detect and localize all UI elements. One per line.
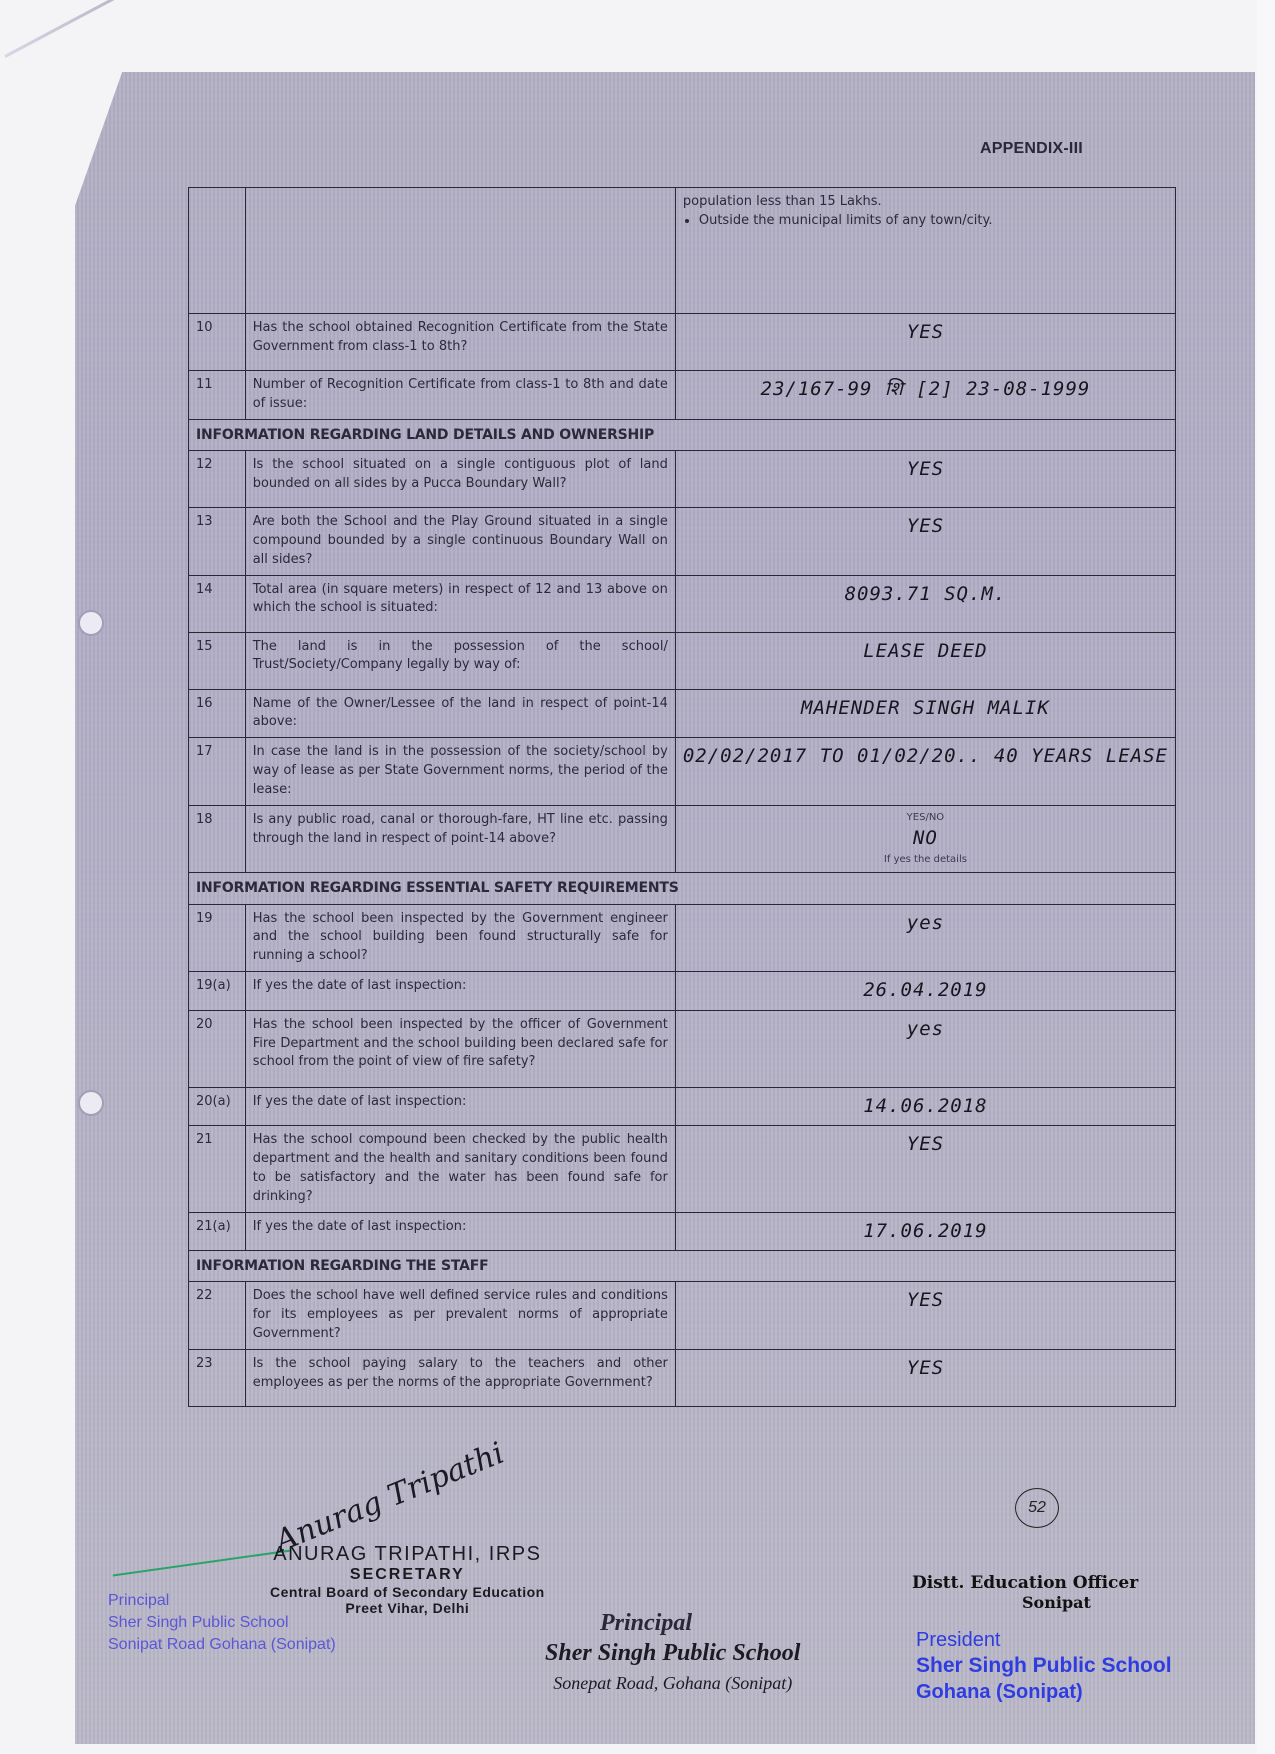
section-header-row: INFORMATION REGARDING THE STAFF xyxy=(189,1251,1176,1282)
table-row: 23Is the school paying salary to the tea… xyxy=(189,1349,1176,1406)
answer-hint-top: YES/NO xyxy=(683,811,1168,826)
handwritten-answer: 23/167-99 शि [2] 23-08-1999 xyxy=(761,378,1091,400)
answer-cell: MAHENDER SINGH MALIK xyxy=(675,689,1175,738)
handwritten-answer: yes xyxy=(907,1018,944,1040)
handwritten-answer: YES xyxy=(907,458,944,480)
row-number: 22 xyxy=(189,1282,246,1350)
question-text: Is the school paying salary to the teach… xyxy=(245,1349,675,1406)
secretary-title: SECRETARY xyxy=(270,1566,545,1584)
table-row: 17In case the land is in the possession … xyxy=(189,738,1176,806)
table-row: 18Is any public road, canal or thorough-… xyxy=(189,805,1176,873)
row-number: 15 xyxy=(189,632,246,689)
handwritten-answer: 02/02/2017 TO 01/02/20.. 40 YEARS LEASE xyxy=(683,745,1168,767)
secretary-stamp: ANURAG TRIPATHI, IRPS SECRETARY Central … xyxy=(270,1543,545,1616)
table-row: 19Has the school been inspected by the G… xyxy=(189,904,1176,972)
deo-place: Sonipat xyxy=(912,1593,1138,1612)
secretary-address: Preet Vihar, Delhi xyxy=(270,1600,545,1616)
secretary-org: Central Board of Secondary Education xyxy=(270,1584,545,1600)
question-text: Has the school been inspected by the off… xyxy=(245,1010,675,1087)
row-number: 18 xyxy=(189,805,246,873)
punch-hole xyxy=(78,1090,104,1116)
row-number: 17 xyxy=(189,738,246,806)
handwritten-answer: 14.06.2018 xyxy=(863,1095,987,1117)
row-number xyxy=(189,188,246,314)
row-number: 19 xyxy=(189,904,246,972)
school-stamp-address: Sonepat Road, Gohana (Sonipat) xyxy=(545,1673,800,1694)
row-number: 12 xyxy=(189,450,246,507)
section-title: INFORMATION REGARDING LAND DETAILS AND O… xyxy=(189,419,1176,450)
school-stamp-role: Principal xyxy=(600,1610,692,1637)
answer-cell: 02/02/2017 TO 01/02/20.. 40 YEARS LEASE xyxy=(675,738,1175,806)
question-text: If yes the date of last inspection: xyxy=(245,1212,675,1251)
question-text: Is any public road, canal or thorough-fa… xyxy=(245,805,675,873)
handwritten-answer: YES xyxy=(907,321,944,343)
answer-cell: 26.04.2019 xyxy=(675,972,1175,1011)
section-title: INFORMATION REGARDING THE STAFF xyxy=(189,1251,1176,1282)
row-number: 21(a) xyxy=(189,1212,246,1251)
handwritten-answer: YES xyxy=(907,1133,944,1155)
row-number: 11 xyxy=(189,371,246,420)
table-row: 22Does the school have well defined serv… xyxy=(189,1282,1176,1350)
row-number: 14 xyxy=(189,575,246,632)
deo-title: Distt. Education Officer xyxy=(912,1573,1138,1593)
section-header-row: INFORMATION REGARDING ESSENTIAL SAFETY R… xyxy=(189,873,1176,904)
question-text: Has the school obtained Recognition Cert… xyxy=(245,314,675,371)
question-text: Is the school situated on a single conti… xyxy=(245,450,675,507)
school-stamp-name: Sher Singh Public School xyxy=(545,1640,800,1667)
table-row-continued: population less than 15 Lakhs. Outside t… xyxy=(189,188,1176,314)
handwritten-answer: YES xyxy=(907,515,944,537)
answer-cell: YES/NONOIf yes the details xyxy=(675,805,1175,873)
page-number-mark: 52 xyxy=(1015,1488,1059,1528)
table-row: 20(a)If yes the date of last inspection:… xyxy=(189,1087,1176,1126)
school-principal-stamp: Principal Sher Singh Public School Sonep… xyxy=(545,1640,800,1694)
row-number: 23 xyxy=(189,1349,246,1406)
question-text: Has the school been inspected by the Gov… xyxy=(245,904,675,972)
handwritten-answer: YES xyxy=(907,1357,944,1379)
school-information-form: population less than 15 Lakhs. Outside t… xyxy=(188,187,1176,1407)
row-number: 16 xyxy=(189,689,246,738)
table-row: 21(a)If yes the date of last inspection:… xyxy=(189,1212,1176,1251)
question-text: Name of the Owner/Lessee of the land in … xyxy=(245,689,675,738)
scan-margin xyxy=(1257,0,1275,1754)
district-education-officer-stamp: Distt. Education Officer Sonipat xyxy=(912,1573,1138,1612)
section-header-row: INFORMATION REGARDING LAND DETAILS AND O… xyxy=(189,419,1176,450)
section-title: INFORMATION REGARDING ESSENTIAL SAFETY R… xyxy=(189,873,1176,904)
secretary-name: ANURAG TRIPATHI, IRPS xyxy=(270,1543,545,1566)
question-text: Number of Recognition Certificate from c… xyxy=(245,371,675,420)
row-number: 20(a) xyxy=(189,1087,246,1126)
question-text: Are both the School and the Play Ground … xyxy=(245,507,675,575)
answer-hint-bottom: If yes the details xyxy=(683,853,1168,868)
answer-cell: 8093.71 SQ.M. xyxy=(675,575,1175,632)
row-number: 13 xyxy=(189,507,246,575)
table-row: 16Name of the Owner/Lessee of the land i… xyxy=(189,689,1176,738)
principal-stamp-address: Sonipat Road Gohana (Sonipat) xyxy=(108,1634,336,1656)
row-number: 20 xyxy=(189,1010,246,1087)
handwritten-answer: 17.06.2019 xyxy=(863,1220,987,1242)
table-row: 19(a)If yes the date of last inspection:… xyxy=(189,972,1176,1011)
question-text: Total area (in square meters) in respect… xyxy=(245,575,675,632)
president-town: Gohana (Sonipat) xyxy=(916,1679,1172,1705)
handwritten-answer: yes xyxy=(907,912,944,934)
answer-cell: LEASE DEED xyxy=(675,632,1175,689)
handwritten-answer: 8093.71 SQ.M. xyxy=(845,583,1007,605)
answer-cell: yes xyxy=(675,1010,1175,1087)
handwritten-answer: 26.04.2019 xyxy=(863,979,987,1001)
answer-cell: population less than 15 Lakhs. Outside t… xyxy=(675,188,1175,314)
punch-hole xyxy=(78,610,104,636)
appendix-label: APPENDIX-III xyxy=(980,140,1083,158)
table-row: 13Are both the School and the Play Groun… xyxy=(189,507,1176,575)
page-fold-crease xyxy=(4,0,231,58)
answer-cell: YES xyxy=(675,1349,1175,1406)
question-text: The land is in the possession of the sch… xyxy=(245,632,675,689)
row-number: 10 xyxy=(189,314,246,371)
row-number: 21 xyxy=(189,1126,246,1212)
table-row: 10Has the school obtained Recognition Ce… xyxy=(189,314,1176,371)
question-text: If yes the date of last inspection: xyxy=(245,972,675,1011)
answer-cell: 23/167-99 शि [2] 23-08-1999 xyxy=(675,371,1175,420)
handwritten-answer: LEASE DEED xyxy=(863,640,987,662)
answer-cell: YES xyxy=(675,314,1175,371)
president-role: President xyxy=(916,1627,1172,1653)
answer-cell: YES xyxy=(675,450,1175,507)
president-school: Sher Singh Public School xyxy=(916,1653,1172,1679)
answer-cell: yes xyxy=(675,904,1175,972)
answer-continued-text: population less than 15 Lakhs. xyxy=(683,193,1168,212)
answer-cell: YES xyxy=(675,1126,1175,1212)
handwritten-answer: MAHENDER SINGH MALIK xyxy=(801,697,1050,719)
table-row: 12Is the school situated on a single con… xyxy=(189,450,1176,507)
answer-cell: YES xyxy=(675,507,1175,575)
handwritten-answer: YES xyxy=(907,1289,944,1311)
table-row: 14Total area (in square meters) in respe… xyxy=(189,575,1176,632)
handwritten-answer: NO xyxy=(913,827,938,849)
answer-bullet: Outside the municipal limits of any town… xyxy=(699,212,1168,231)
table-row: 15The land is in the possession of the s… xyxy=(189,632,1176,689)
row-number: 19(a) xyxy=(189,972,246,1011)
table-row: 20Has the school been inspected by the o… xyxy=(189,1010,1176,1087)
answer-cell: 17.06.2019 xyxy=(675,1212,1175,1251)
table-row: 21Has the school compound been checked b… xyxy=(189,1126,1176,1212)
question-text: Has the school compound been checked by … xyxy=(245,1126,675,1212)
table-row: 11Number of Recognition Certificate from… xyxy=(189,371,1176,420)
question-text xyxy=(245,188,675,314)
answer-cell: YES xyxy=(675,1282,1175,1350)
question-text: Does the school have well defined servic… xyxy=(245,1282,675,1350)
question-text: In case the land is in the possession of… xyxy=(245,738,675,806)
answer-cell: 14.06.2018 xyxy=(675,1087,1175,1126)
question-text: If yes the date of last inspection: xyxy=(245,1087,675,1126)
president-stamp: President Sher Singh Public School Gohan… xyxy=(916,1627,1172,1705)
